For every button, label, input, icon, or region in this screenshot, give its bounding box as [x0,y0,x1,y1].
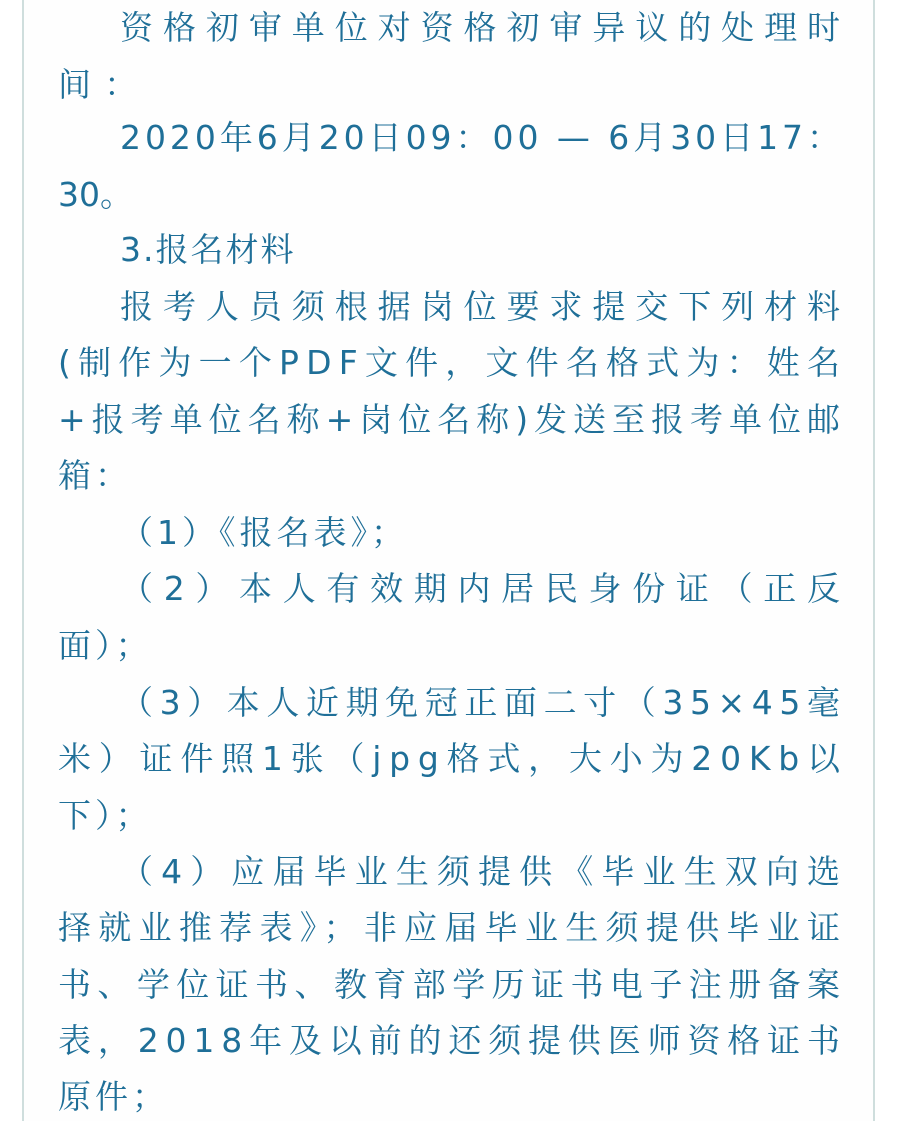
material-item-3-line-2: 米）证件照1张（jpg格式，大小为20Kb以 [58,731,848,787]
material-item-4-line-3: 书、学位证书、教育部学历证书电子注册备案 [58,957,846,1013]
objection-handling-time-line-2: 30。 [58,167,133,223]
material-item-2-line-2: 面）； [58,618,153,674]
material-item-4-line-5: 原件； [58,1069,169,1121]
section-3-intro-line-3: +报考单位名称+岗位名称)发送至报考单位邮 [58,392,846,448]
material-item-2-line-1: （2）本人有效期内居民身份证（正反 [120,561,851,617]
material-item-4-line-4: 表，2018年及以前的还须提供医师资格证书 [58,1013,847,1069]
material-item-4-line-1: （4）应届毕业生须提供《毕业生双向选 [120,844,848,900]
material-item-3-line-1: （3）本人近期免冠正面二寸（35×45毫 [120,675,847,731]
section-3-intro-line-1: 报考人员须根据岗位要求提交下列材料 [120,279,850,335]
objection-handling-label-line-2: 间： [58,57,150,113]
material-item-3-line-3: 下）； [58,788,153,844]
section-3-heading: 3.报名材料 [120,222,296,278]
material-item-1: （1）《报名表》； [120,505,408,561]
section-3-intro-line-4: 箱： [58,448,132,504]
material-item-4-line-2: 择就业推荐表》；非应届毕业生须提供毕业证 [58,900,847,956]
objection-handling-time-line-1: 2020年6月20日09：00 — 6月30日17： [120,110,844,166]
objection-handling-label-line-1: 资格初审单位对资格初审异议的处理时 [120,0,850,56]
section-3-intro-line-2: (制作为一个PDF文件，文件名格式为：姓名 [58,335,847,391]
